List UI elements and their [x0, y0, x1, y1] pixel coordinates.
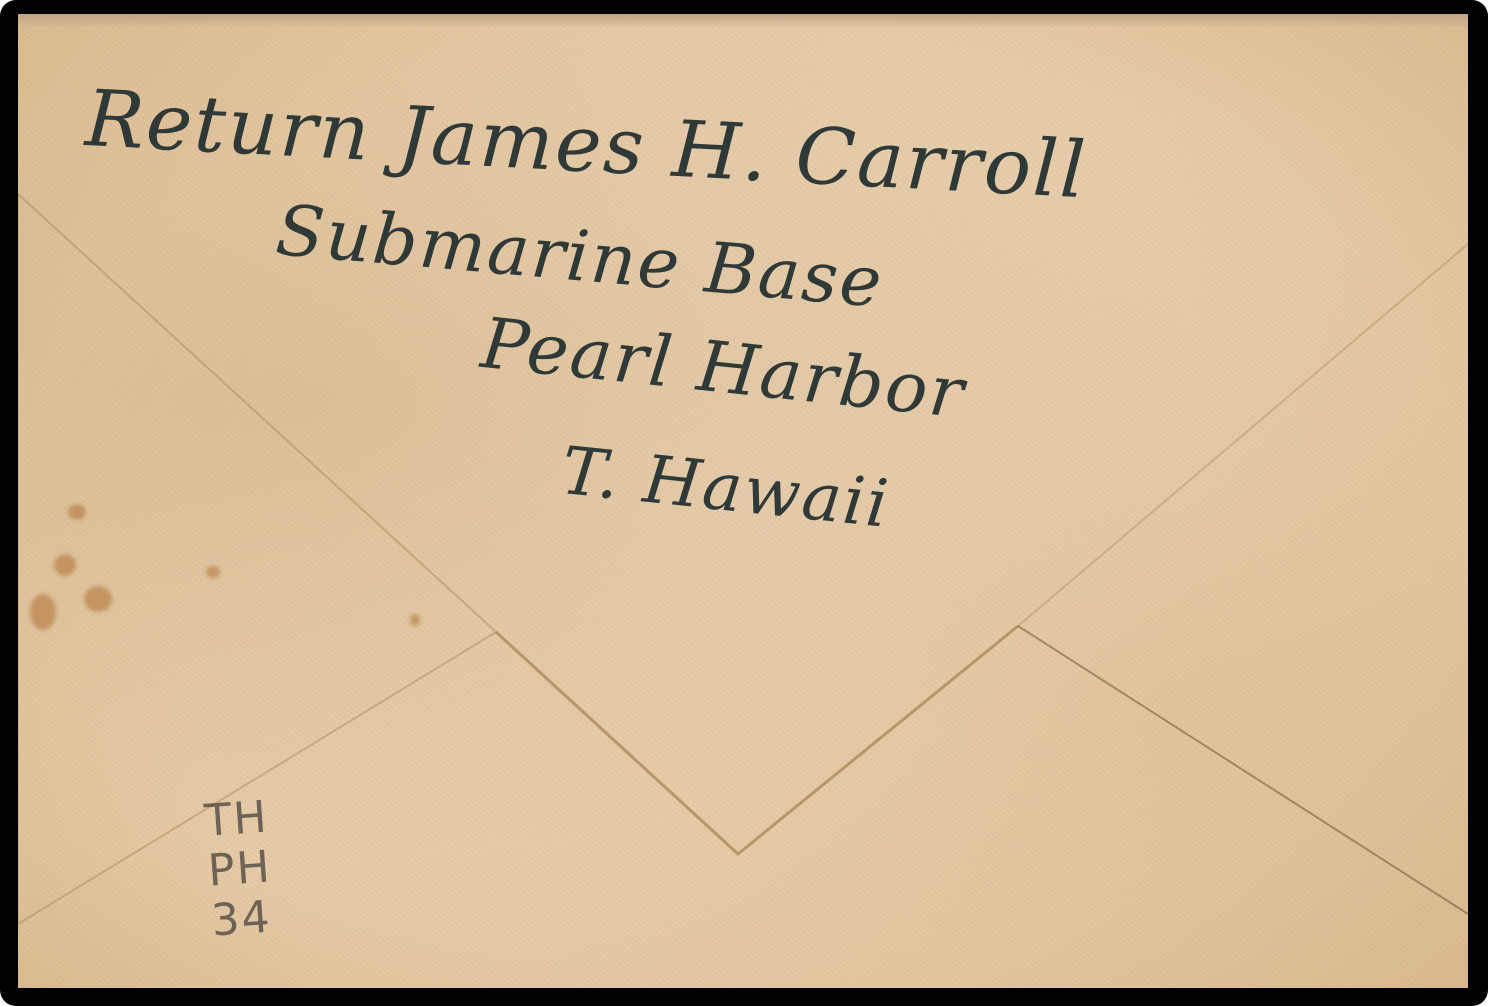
pencil-notation-line: 34: [210, 891, 293, 946]
envelope-back: Return James H. Carroll Submarine Base P…: [18, 14, 1468, 988]
foxing-stain: [84, 586, 112, 612]
foxing-stain: [206, 566, 220, 578]
foxing-stain: [68, 504, 86, 520]
pencil-notation: TH PH 34: [203, 791, 293, 946]
pencil-notation-line: PH: [206, 841, 289, 896]
foxing-stain: [410, 614, 420, 626]
pencil-notation-line: TH: [203, 791, 286, 846]
foxing-stain: [54, 554, 76, 576]
foxing-stain: [30, 594, 56, 630]
